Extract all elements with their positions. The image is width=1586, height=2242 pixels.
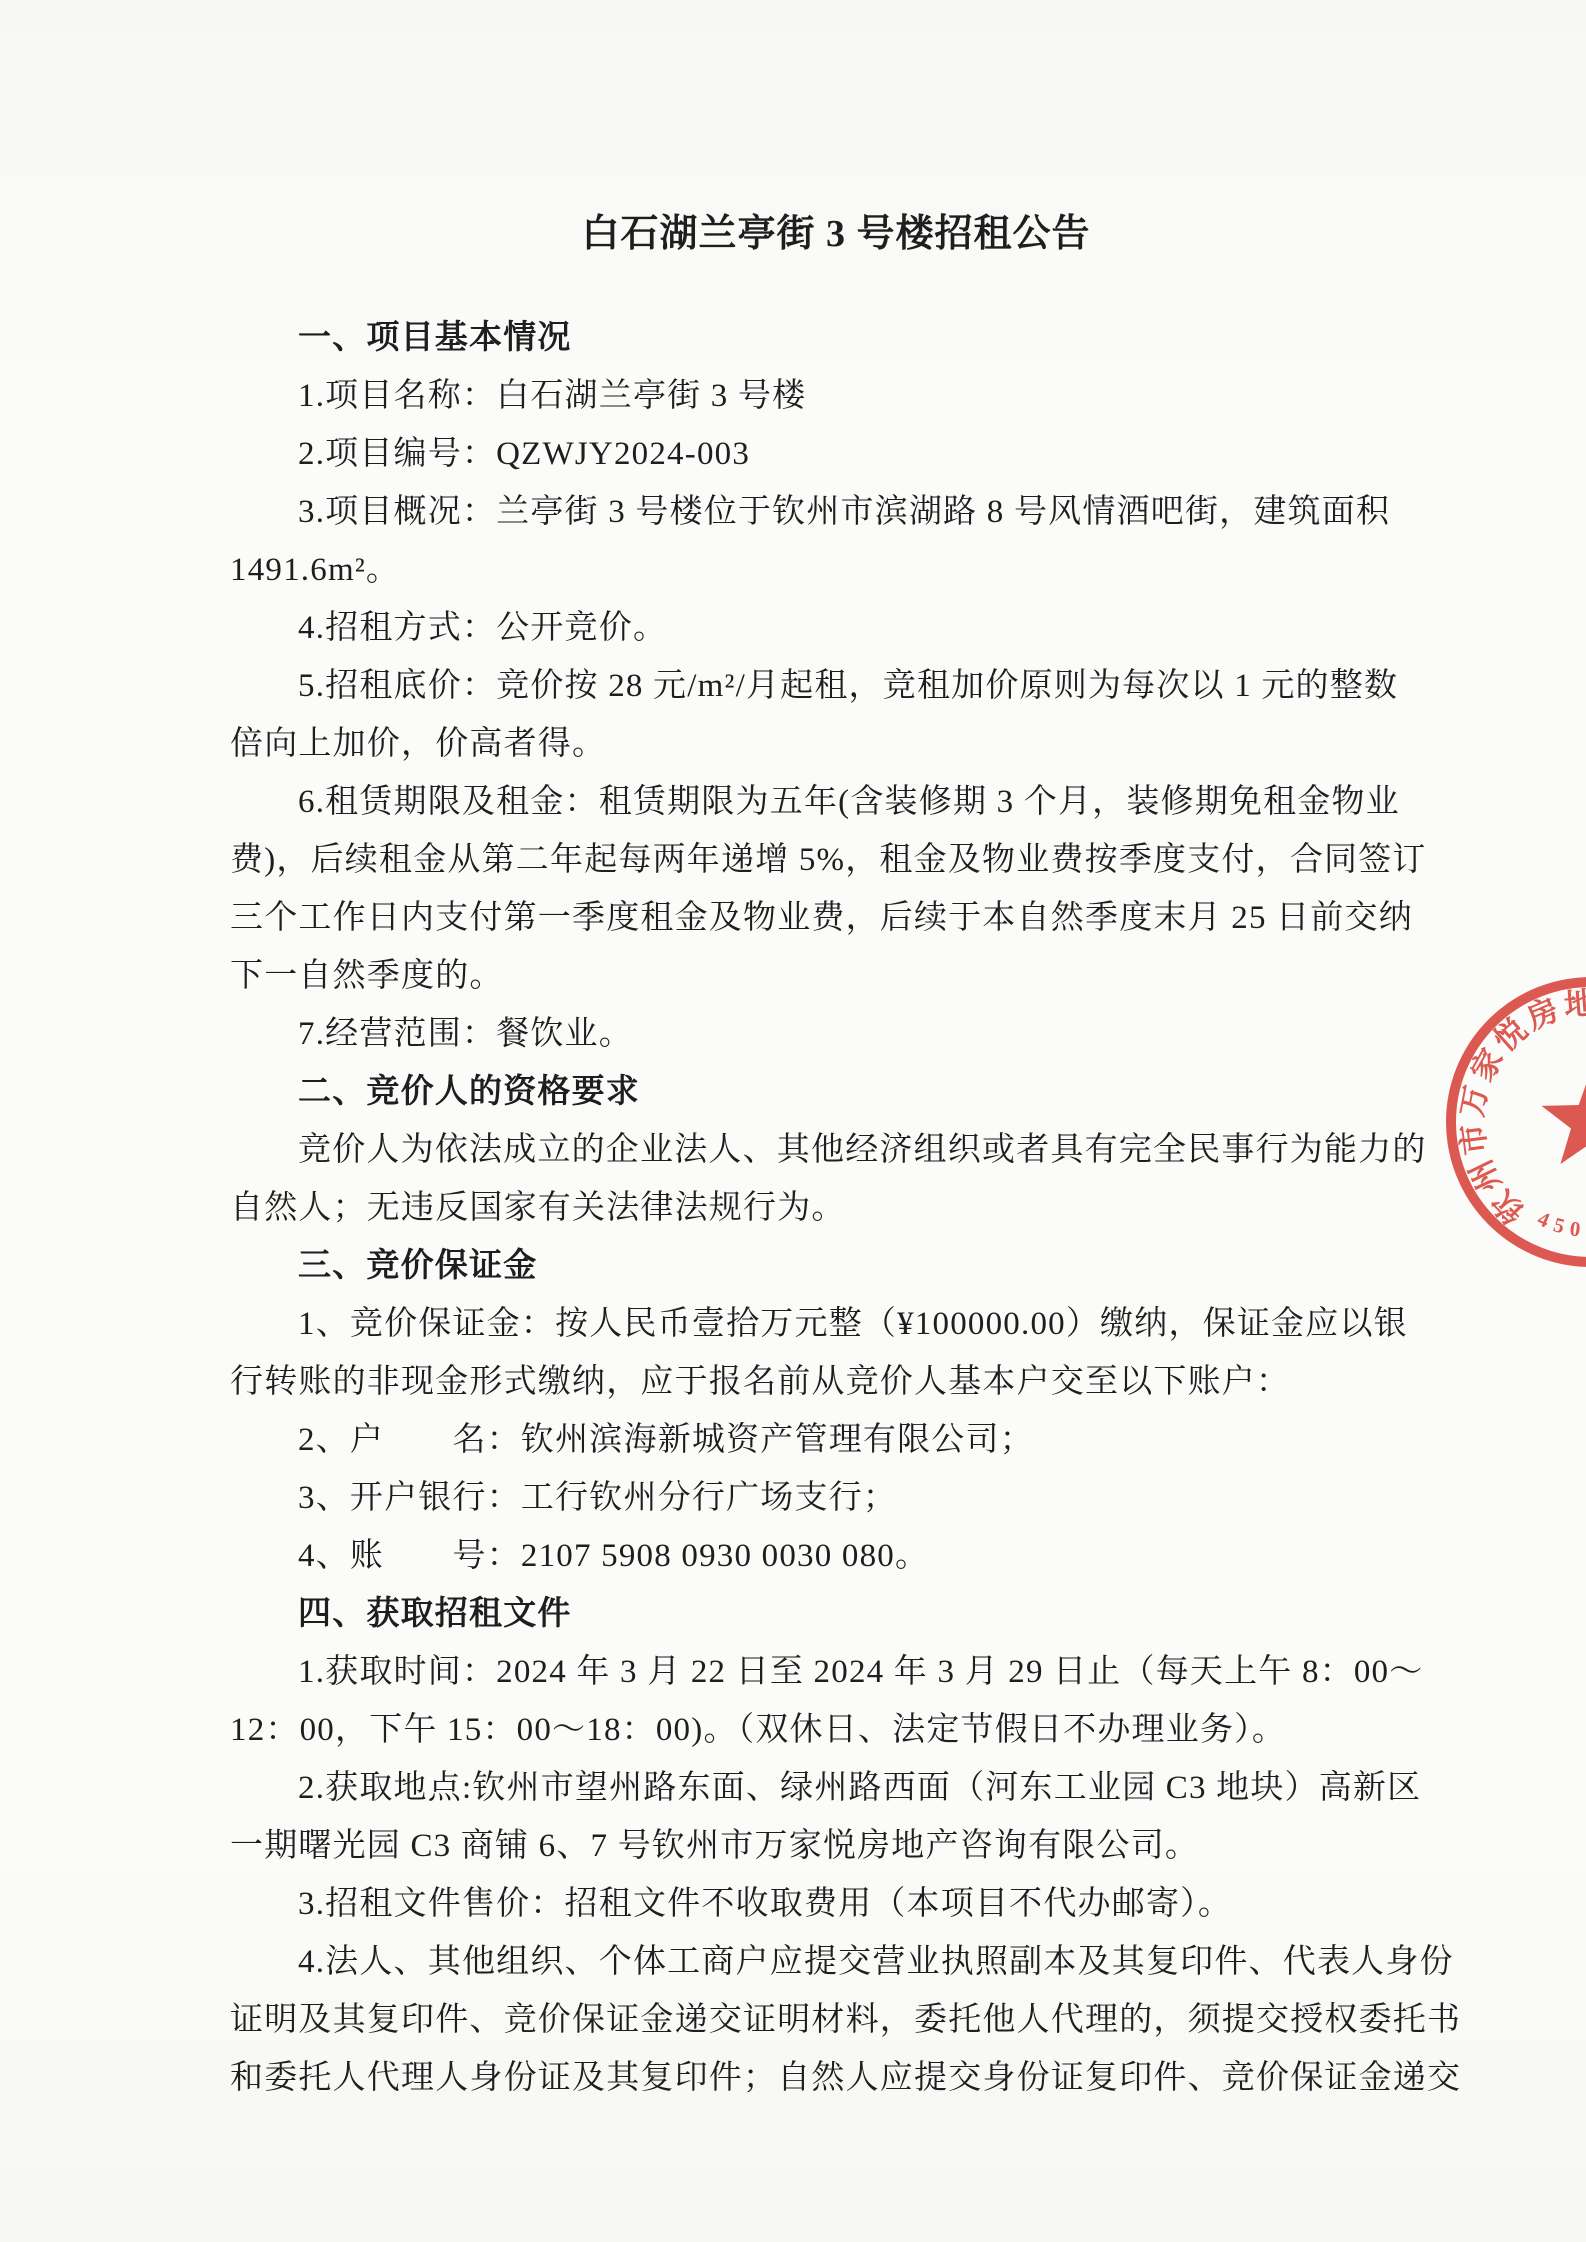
document-line: 1、竞价保证金：按人民币壹拾万元整（¥100000.00）缴纳，保证金应以银: [230, 1295, 1442, 1353]
section-heading: 二、竞价人的资格要求: [230, 1063, 1442, 1121]
document-line: 4、账 号：2107 5908 0930 0030 080。: [230, 1527, 1442, 1585]
document-line: 1.项目名称：白石湖兰亭街 3 号楼: [230, 367, 1442, 425]
document-line: 自然人；无违反国家有关法律法规行为。: [230, 1179, 1442, 1237]
section-heading: 四、获取招租文件: [230, 1585, 1442, 1643]
document-line: 12：00，下午 15：00～18：00)。（双休日、法定节假日不办理业务）。: [230, 1701, 1442, 1759]
document-title: 白石湖兰亭街 3 号楼招租公告: [230, 209, 1442, 259]
document-line: 行转账的非现金形式缴纳，应于报名前从竞价人基本户交至以下账户：: [230, 1353, 1442, 1411]
document-line: 3.项目概况：兰亭街 3 号楼位于钦州市滨湖路 8 号风情酒吧街，建筑面积: [230, 483, 1442, 541]
section-heading: 一、项目基本情况: [230, 309, 1442, 367]
document-line: 4.招租方式：公开竞价。: [230, 599, 1442, 657]
company-seal-stamp: 钦州市万家悦房地产咨询有限公司 4507: [1426, 952, 1586, 1297]
document-line: 3、开户银行：工行钦州分行广场支行；: [230, 1469, 1442, 1527]
document-line: 2.获取地点:钦州市望州路东面、绿州路西面（河东工业园 C3 地块）高新区: [230, 1759, 1442, 1817]
document-line: 4.法人、其他组织、个体工商户应提交营业执照副本及其复印件、代表人身份: [230, 1933, 1442, 1991]
document-line: 2.项目编号：QZWJY2024-003: [230, 425, 1442, 483]
document-body: 一、项目基本情况1.项目名称：白石湖兰亭街 3 号楼2.项目编号：QZWJY20…: [230, 309, 1442, 2107]
seal-star: [1542, 1070, 1586, 1164]
document-line: 1.获取时间：2024 年 3 月 22 日至 2024 年 3 月 29 日止…: [230, 1643, 1442, 1701]
document-line: 3.招租文件售价：招租文件不收取费用（本项目不代办邮寄）。: [230, 1875, 1442, 1933]
document-line: 竞价人为依法成立的企业法人、其他经济组织或者具有完全民事行为能力的: [230, 1121, 1442, 1179]
document: 白石湖兰亭街 3 号楼招租公告 一、项目基本情况1.项目名称：白石湖兰亭街 3 …: [230, 209, 1442, 2107]
document-line: 三个工作日内支付第一季度租金及物业费，后续于本自然季度末月 25 日前交纳: [230, 889, 1442, 947]
document-line: 2、户 名：钦州滨海新城资产管理有限公司；: [230, 1411, 1442, 1469]
document-line: 5.招租底价：竞价按 28 元/m²/月起租，竞租加价原则为每次以 1 元的整数: [230, 657, 1442, 715]
document-line: 7.经营范围：餐饮业。: [230, 1005, 1442, 1063]
document-line: 和委托人代理人身份证及其复印件；自然人应提交身份证复印件、竞价保证金递交: [230, 2049, 1442, 2107]
document-line: 下一自然季度的。: [230, 947, 1442, 1005]
document-line: 一期曙光园 C3 商铺 6、7 号钦州市万家悦房地产咨询有限公司。: [230, 1817, 1442, 1875]
document-line: 6.租赁期限及租金：租赁期限为五年(含装修期 3 个月，装修期免租金物业: [230, 773, 1442, 831]
document-line: 费)，后续租金从第二年起每两年递增 5%，租金及物业费按季度支付，合同签订: [230, 831, 1442, 889]
document-line: 证明及其复印件、竞价保证金递交证明材料，委托他人代理的，须提交授权委托书: [230, 1991, 1442, 2049]
scanned-document-page: 白石湖兰亭街 3 号楼招租公告 一、项目基本情况1.项目名称：白石湖兰亭街 3 …: [0, 0, 1586, 2242]
svg-text:4507: 4507: [1534, 1206, 1586, 1242]
document-line: 倍向上加价，价高者得。: [230, 715, 1442, 773]
seal-icon: 钦州市万家悦房地产咨询有限公司 4507: [1426, 952, 1586, 1297]
seal-serial-number: 4507: [1534, 1206, 1586, 1242]
document-line: 1491.6m²。: [230, 541, 1442, 599]
section-heading: 三、竞价保证金: [230, 1237, 1442, 1295]
